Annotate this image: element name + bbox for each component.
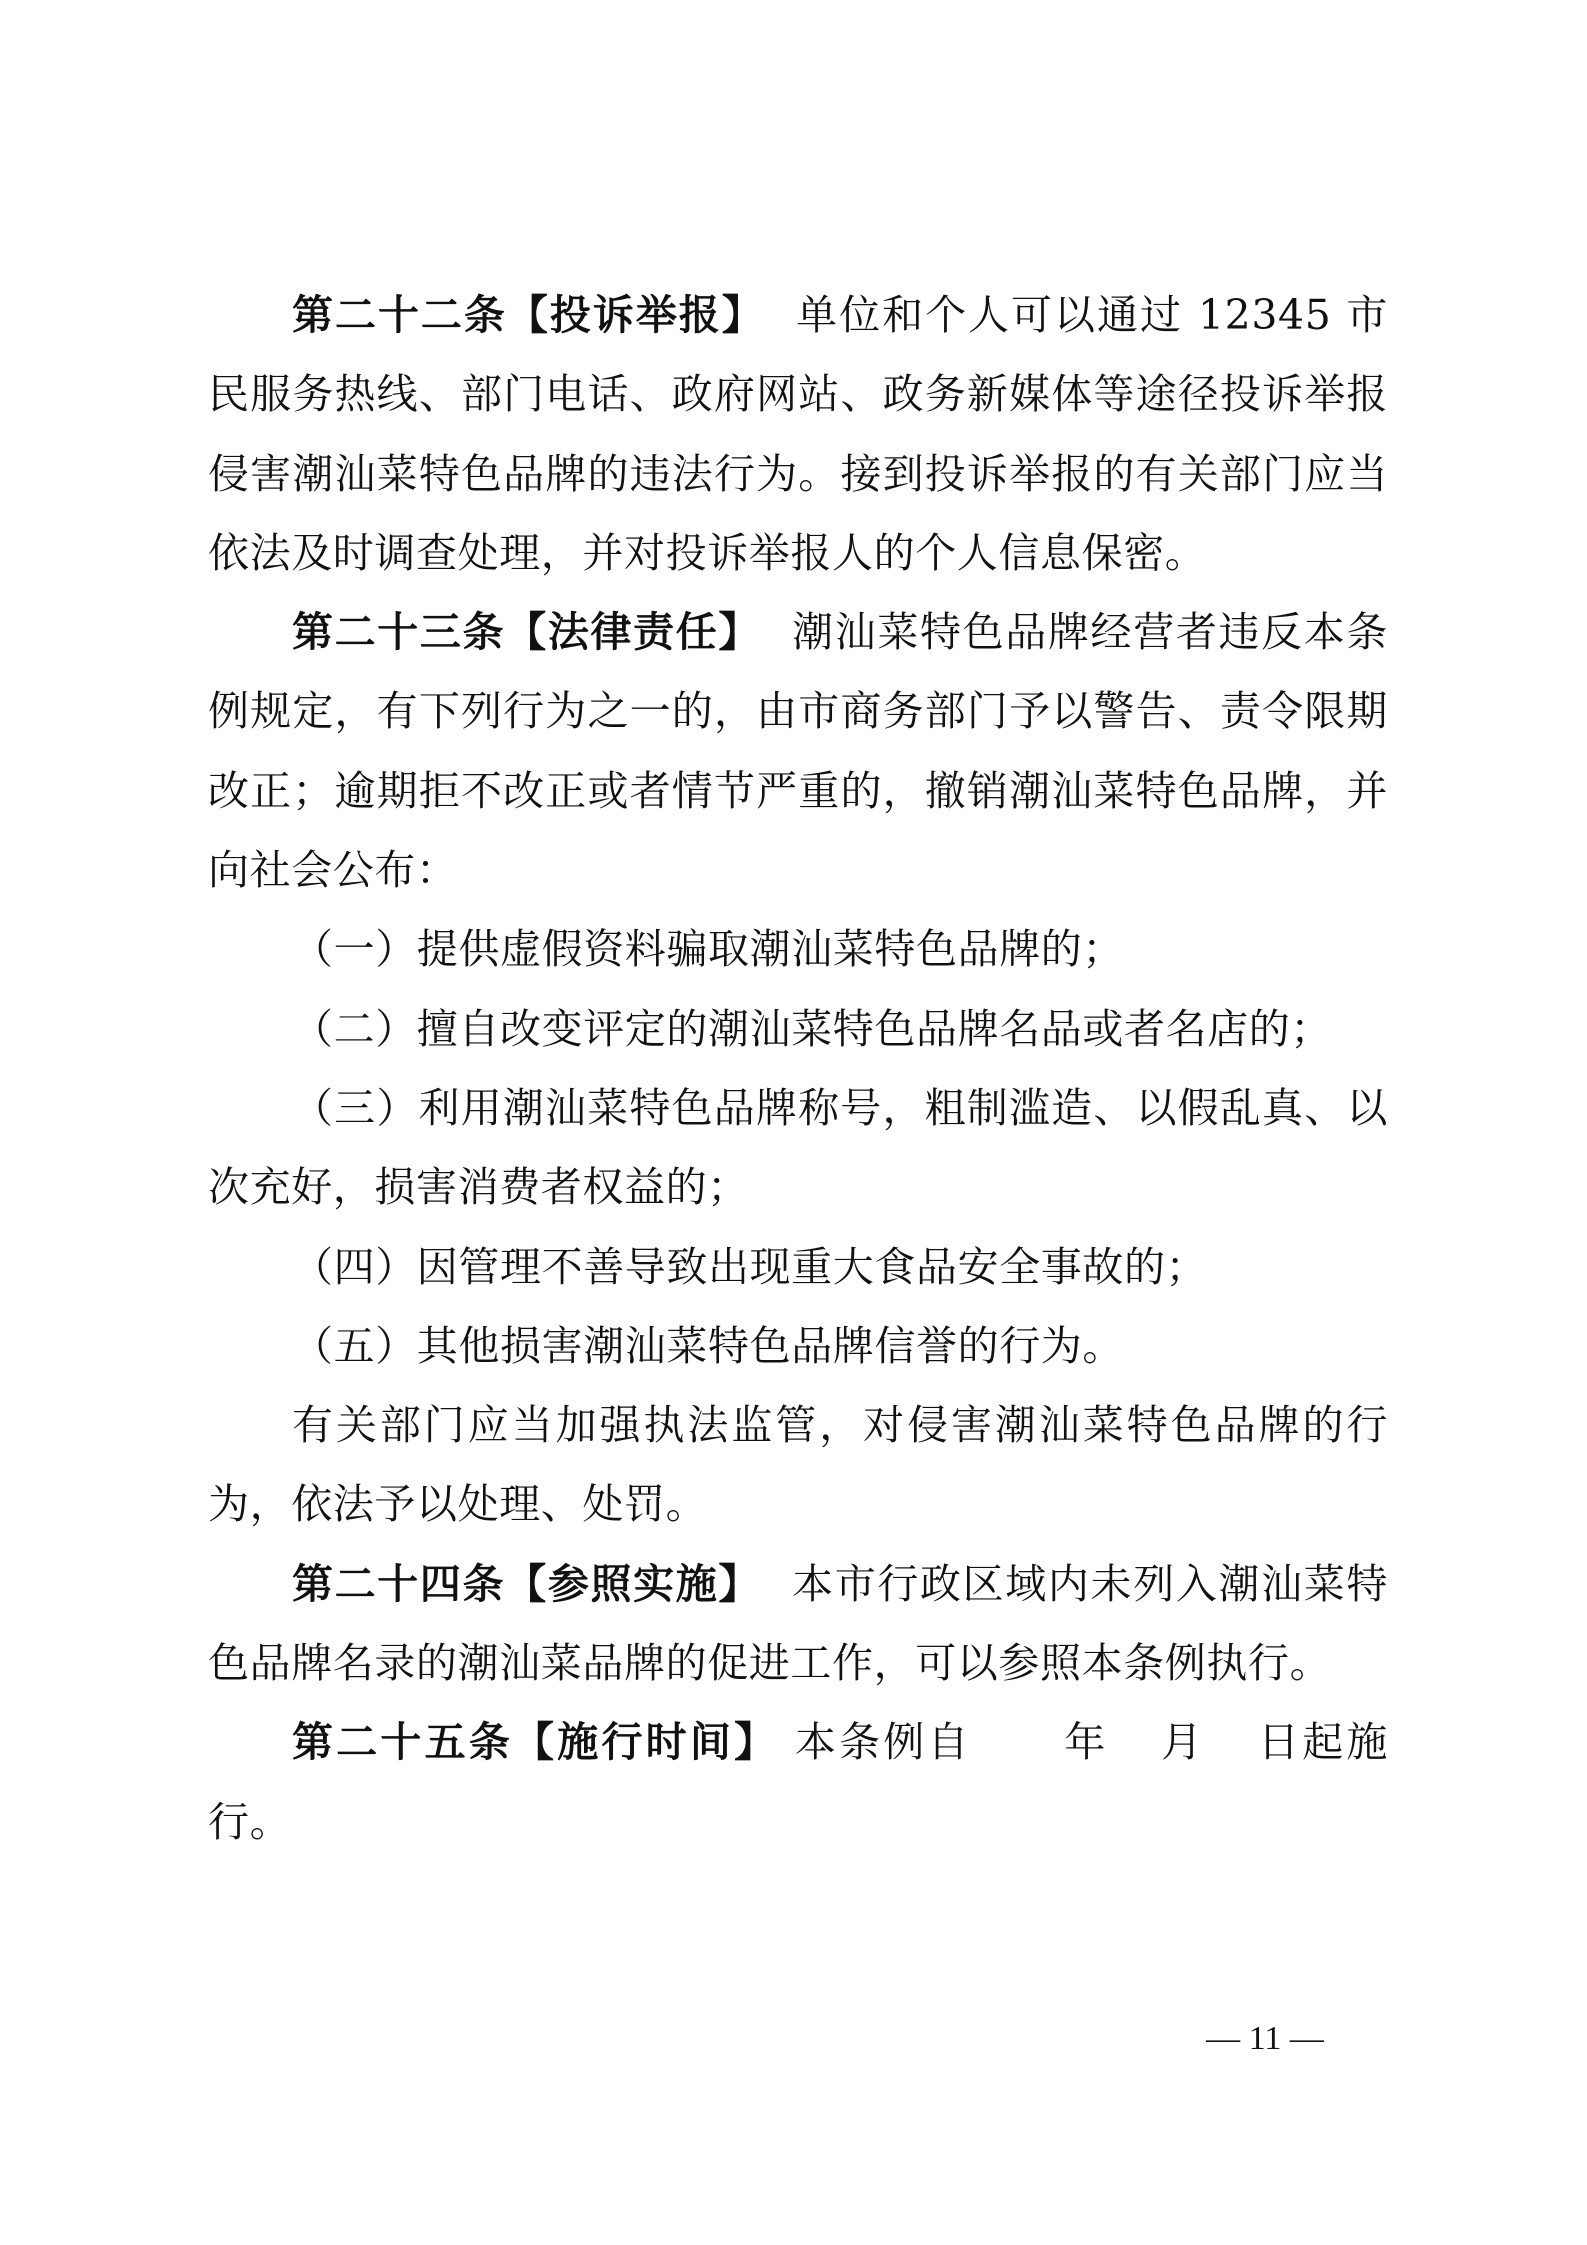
document-page: 第二十二条【投诉举报】单位和个人可以通过 12345 市民服务热线、部门电话、政…: [0, 0, 1587, 2245]
list-item: （二）擅自改变评定的潮汕菜特色品牌名品或者名店的；: [208, 990, 1388, 1069]
article-22: 第二十二条【投诉举报】单位和个人可以通过 12345 市民服务热线、部门电话、政…: [208, 276, 1388, 593]
article-25: 第二十五条【施行时间】本条例自年月日起施行。: [208, 1703, 1388, 1862]
article-heading: 第二十四条【参照实施】: [292, 1560, 761, 1608]
article-heading: 第二十五条【施行时间】: [292, 1718, 778, 1766]
date-year-label: 年: [1062, 1718, 1109, 1766]
list-item: （五）其他损害潮汕菜特色品牌信誉的行为。: [208, 1307, 1388, 1386]
list-item: （一）提供虚假资料骗取潮汕菜特色品牌的；: [208, 910, 1388, 989]
article-heading: 第二十二条【投诉举报】: [292, 291, 765, 339]
article-text: 本条例自: [792, 1718, 971, 1766]
article-24: 第二十四条【参照实施】本市行政区域内未列入潮汕菜特色品牌名录的潮汕菜品牌的促进工…: [208, 1545, 1388, 1704]
article-heading: 第二十三条【法律责任】: [292, 608, 761, 656]
list-item: （四）因管理不善导致出现重大食品安全事故的；: [208, 1228, 1388, 1307]
page-number: — 11 —: [1180, 2020, 1350, 2058]
date-month-label: 月: [1159, 1718, 1206, 1766]
article-23: 第二十三条【法律责任】潮汕菜特色品牌经营者违反本条例规定，有下列行为之一的，由市…: [208, 593, 1388, 910]
article-closing: 有关部门应当加强执法监管，对侵害潮汕菜特色品牌的行为，依法予以处理、处罚。: [208, 1386, 1388, 1545]
list-item: （三）利用潮汕菜特色品牌称号，粗制滥造、以假乱真、以次充好，损害消费者权益的；: [208, 1069, 1388, 1228]
document-body: 第二十二条【投诉举报】单位和个人可以通过 12345 市民服务热线、部门电话、政…: [208, 276, 1388, 1862]
